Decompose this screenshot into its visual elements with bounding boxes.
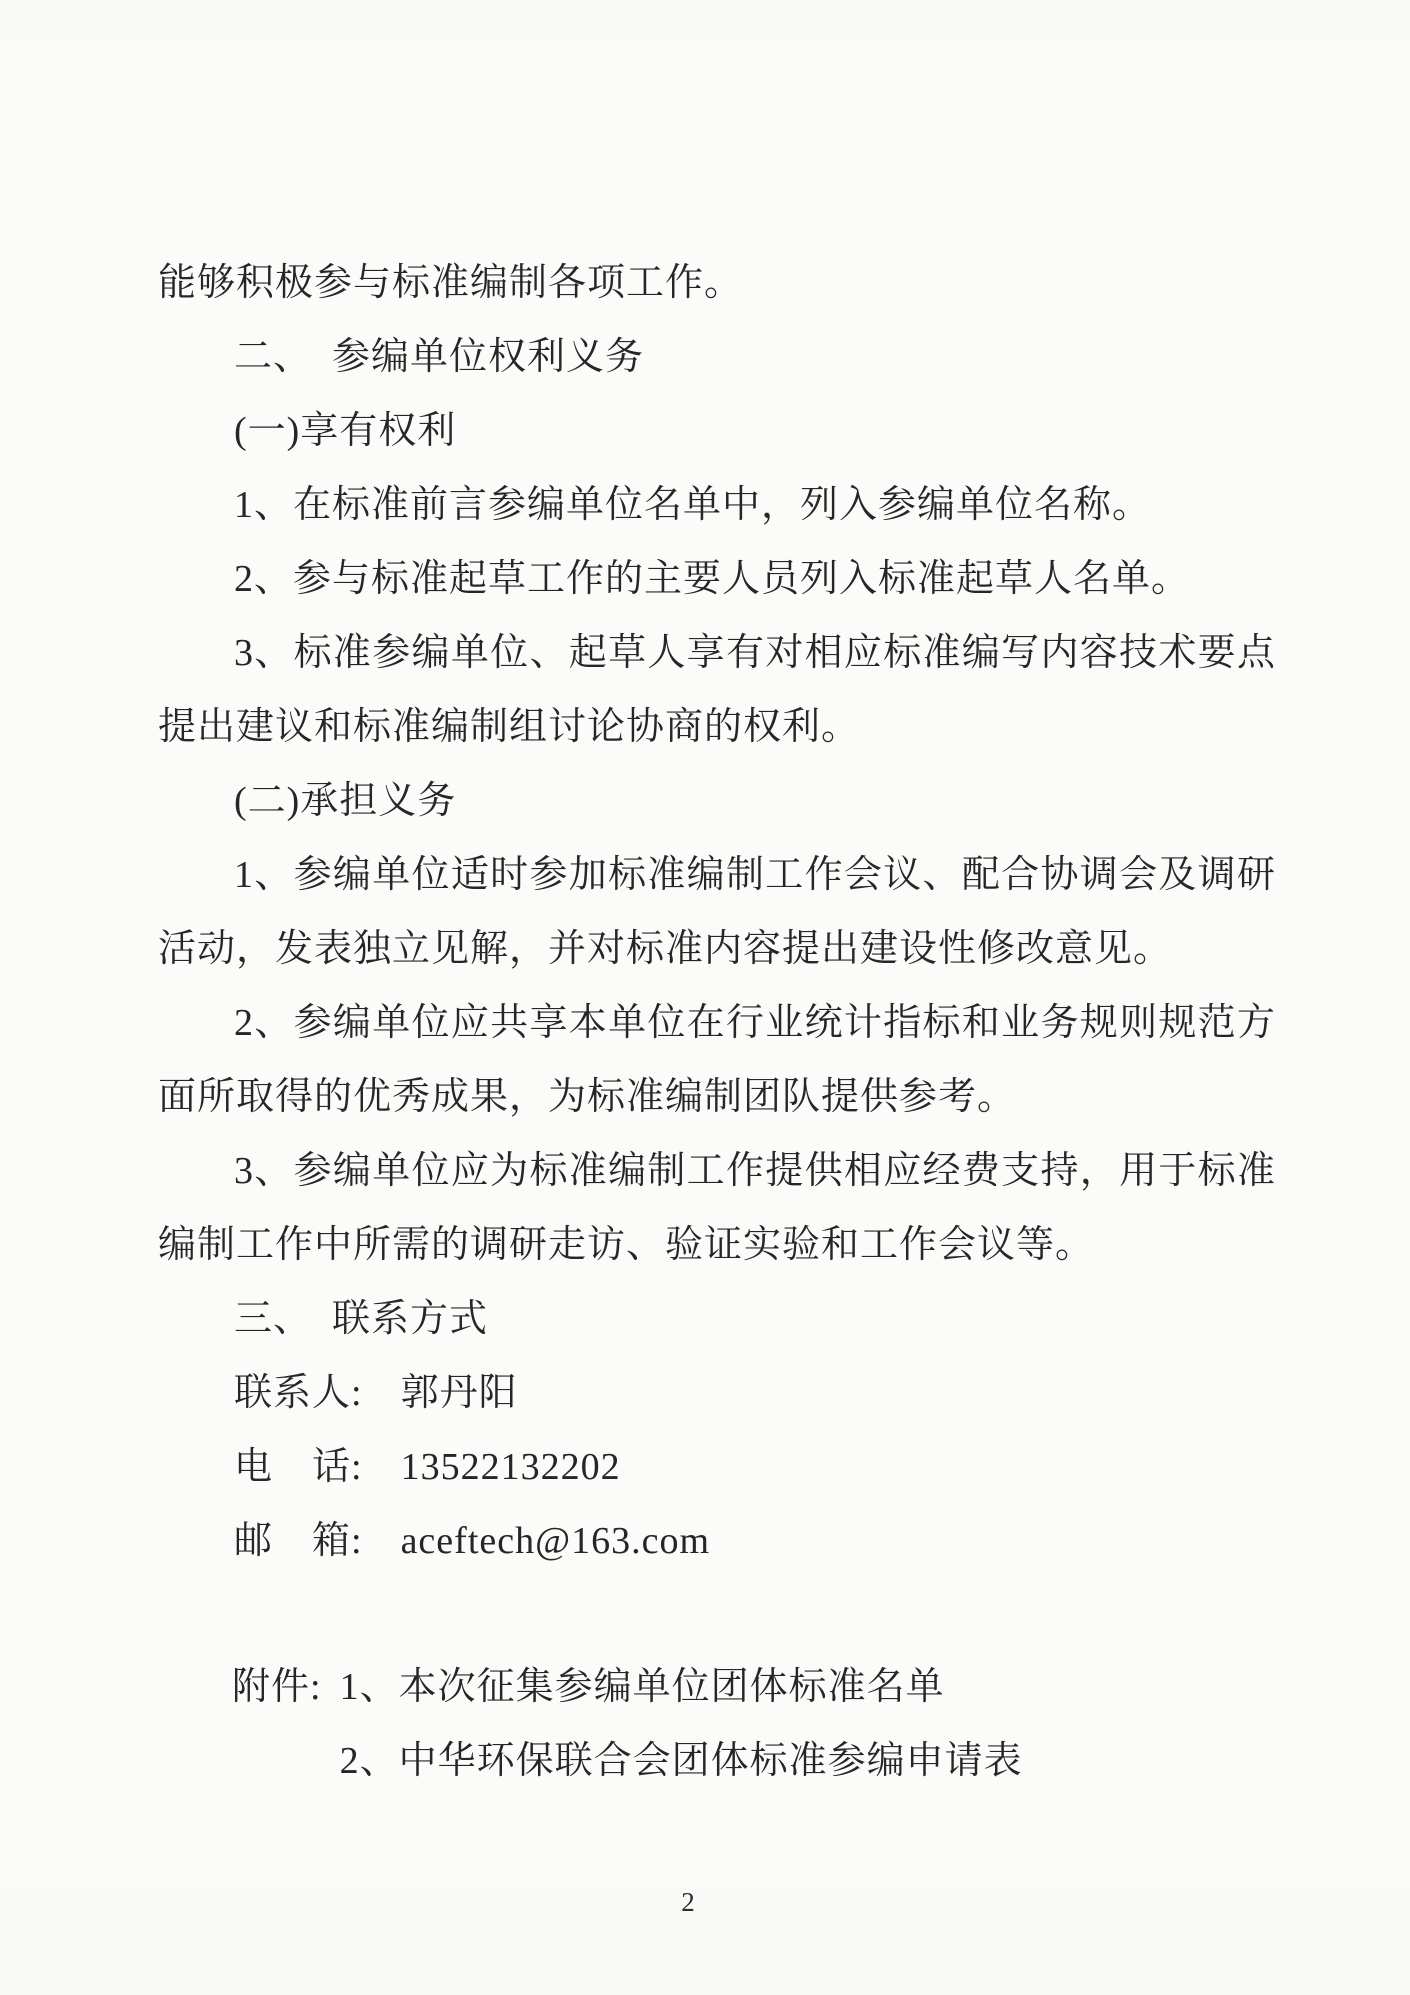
attachments-list: 1、本次征集参编单位团体标准名单 2、中华环保联合会团体标准参编申请表 <box>340 1650 1276 1798</box>
paragraph-continuation: 能够积极参与标准编制各项工作。 <box>158 246 1276 320</box>
rights-item-3: 3、标准参编单位、起草人享有对相应标准编写内容技术要点提出建议和标准编制组讨论协… <box>158 616 1276 764</box>
document-content: 能够积极参与标准编制各项工作。 二、 参编单位权利义务 (一)享有权利 1、在标… <box>158 246 1276 1798</box>
obligations-item-1: 1、参编单位适时参加标准编制工作会议、配合协调会及调研活动，发表独立见解，并对标… <box>158 838 1276 986</box>
contact-email-value: aceftech@163.com <box>401 1520 710 1562</box>
contact-person-label: 联系人: <box>234 1372 363 1414</box>
contact-phone-line: 电 话:13522132202 <box>158 1430 1276 1504</box>
rights-item-1: 1、在标准前言参编单位名单中，列入参编单位名称。 <box>158 468 1276 542</box>
heading-section-three: 三、 联系方式 <box>158 1282 1276 1356</box>
attachment-item-1: 1、本次征集参编单位团体标准名单 <box>340 1650 1276 1724</box>
contact-email-line: 邮 箱:aceftech@163.com <box>158 1504 1276 1578</box>
contact-phone-label: 电 话: <box>234 1446 363 1488</box>
document-page: 能够积极参与标准编制各项工作。 二、 参编单位权利义务 (一)享有权利 1、在标… <box>0 0 1410 1995</box>
attachments-label: 附件: <box>232 1650 322 1724</box>
obligations-item-3: 3、参编单位应为标准编制工作提供相应经费支持，用于标准编制工作中所需的调研走访、… <box>158 1134 1276 1282</box>
contact-person-value: 郭丹阳 <box>401 1372 518 1414</box>
heading-section-two: 二、 参编单位权利义务 <box>158 320 1276 394</box>
subheading-obligations: (二)承担义务 <box>158 764 1276 838</box>
subheading-rights: (一)享有权利 <box>158 394 1276 468</box>
attachments-block: 附件: 1、本次征集参编单位团体标准名单 2、中华环保联合会团体标准参编申请表 <box>232 1650 1276 1798</box>
obligations-item-2: 2、参编单位应共享本单位在行业统计指标和业务规则规范方面所取得的优秀成果，为标准… <box>158 986 1276 1134</box>
contact-person-line: 联系人:郭丹阳 <box>158 1356 1276 1430</box>
rights-item-2: 2、参与标准起草工作的主要人员列入标准起草人名单。 <box>158 542 1276 616</box>
contact-phone-value: 13522132202 <box>401 1446 621 1488</box>
contact-email-label: 邮 箱: <box>234 1520 363 1562</box>
attachment-item-2: 2、中华环保联合会团体标准参编申请表 <box>340 1724 1276 1798</box>
page-number: 2 <box>0 1882 1376 1922</box>
